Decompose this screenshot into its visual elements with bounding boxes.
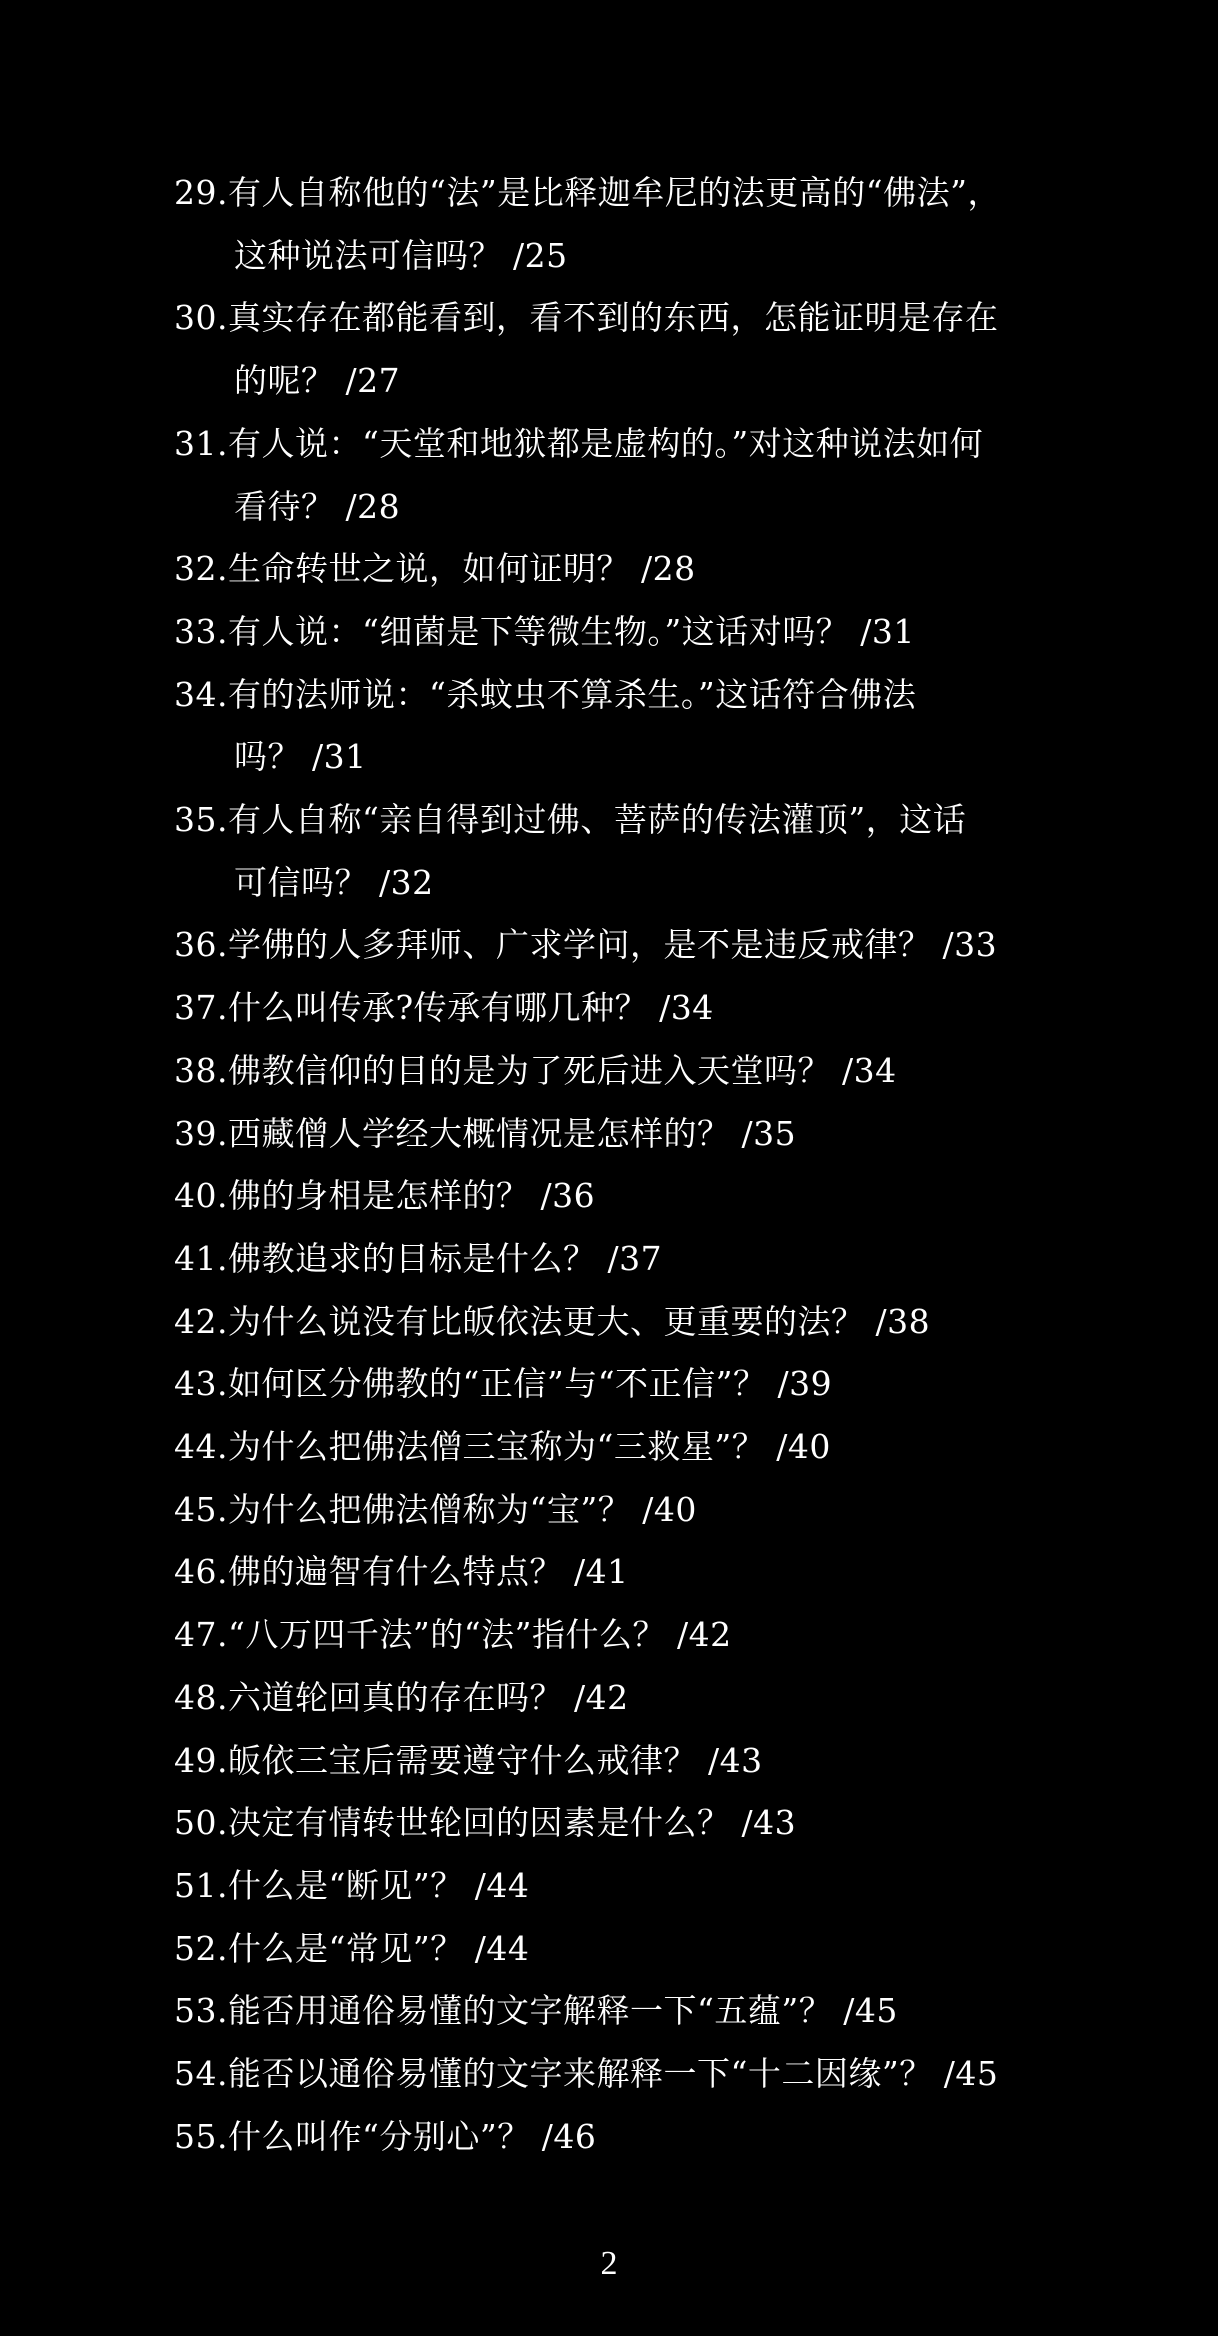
toc-entry: 49.皈依三宝后需要遵守什么戒律？ /43 [174,1730,1214,1793]
toc-entry-number: 43. [174,1353,228,1416]
toc-entry-number: 49. [174,1730,228,1793]
toc-entry: 46.佛的遍智有什么特点？ /41 [174,1541,1214,1604]
toc-entry-title: 能否以通俗易懂的文字来解释一下“十二因缘”？ /45 [228,2054,998,2093]
toc-entry-title: “八万四千法”的“法”指什么？ /42 [228,1615,732,1654]
toc-entry: 34.有的法师说：“杀蚊虫不算杀生。”这话符合佛法吗？ /31 [174,664,1214,789]
toc-entry: 54.能否以通俗易懂的文字来解释一下“十二因缘”？ /45 [174,2043,1214,2106]
toc-entry-number: 33. [174,601,228,664]
toc-entry-number: 37. [174,977,228,1040]
toc-entry-number: 41. [174,1228,228,1291]
toc-entry-title: 学佛的人多拜师、广求学问，是不是违反戒律？ /33 [228,925,997,964]
toc-entry: 29.有人自称他的“法”是比释迦牟尼的法更高的“佛法”，这种说法可信吗？ /25 [174,162,1214,287]
toc-entry-number: 47. [174,1604,228,1667]
toc-entry-title: 能否用通俗易懂的文字解释一下“五蕴”？ /45 [228,1991,898,2030]
toc-entry: 37.什么叫传承?传承有哪几种？ /34 [174,977,1214,1040]
toc-entry: 45.为什么把佛法僧称为“宝”？ /40 [174,1479,1214,1542]
toc-entry-title: 有人自称他的“法”是比释迦牟尼的法更高的“佛法”， [228,173,1001,212]
toc-entry-number: 31. [174,413,228,476]
toc-entry-title: 佛教追求的目标是什么？ /37 [228,1239,662,1278]
toc-entry: 48.六道轮回真的存在吗？ /42 [174,1667,1214,1730]
toc-entry-number: 51. [174,1855,228,1918]
toc-entry: 55.什么叫作“分别心”？ /46 [174,2106,1214,2169]
toc-entry-title: 佛的身相是怎样的？ /36 [228,1176,595,1215]
toc-entry-number: 48. [174,1667,228,1730]
toc-entry-title-continuation: 看待？ /28 [174,476,1214,539]
toc-entry-title-continuation: 可信吗？ /32 [174,852,1214,915]
toc-entry-title: 有人说：“天堂和地狱都是虚构的。”对这种说法如何 [228,424,983,463]
page-number: 2 [0,2245,1218,2283]
toc-entry: 43.如何区分佛教的“正信”与“不正信”？ /39 [174,1353,1214,1416]
toc-entry-number: 44. [174,1416,228,1479]
toc-entry-number: 55. [174,2106,228,2169]
toc-entry-title: 为什么把佛法僧三宝称为“三救星”？ /40 [228,1427,831,1466]
toc-entry: 50.决定有情转世轮回的因素是什么？ /43 [174,1792,1214,1855]
toc-entry: 39.西藏僧人学经大概情况是怎样的？ /35 [174,1103,1214,1166]
toc-entry-number: 52. [174,1918,228,1981]
toc-entry-title: 皈依三宝后需要遵守什么戒律？ /43 [228,1741,763,1780]
toc-entry-number: 53. [174,1980,228,2043]
toc-entry-title: 真实存在都能看到，看不到的东西，怎能证明是存在 [228,298,999,337]
toc-entry-title: 什么叫作“分别心”？ /46 [228,2117,596,2156]
toc-entry-number: 35. [174,789,228,852]
toc-entry-number: 30. [174,287,228,350]
table-of-contents: 29.有人自称他的“法”是比释迦牟尼的法更高的“佛法”，这种说法可信吗？ /25… [174,162,1214,2169]
toc-entry-title: 为什么把佛法僧称为“宝”？ /40 [228,1490,697,1529]
toc-entry-number: 42. [174,1291,228,1354]
toc-entry-title: 佛的遍智有什么特点？ /41 [228,1552,629,1591]
toc-entry: 32.生命转世之说，如何证明？ /28 [174,538,1214,601]
toc-entry: 38.佛教信仰的目的是为了死后进入天堂吗？ /34 [174,1040,1214,1103]
toc-entry: 31.有人说：“天堂和地狱都是虚构的。”对这种说法如何看待？ /28 [174,413,1214,538]
toc-entry-title: 决定有情转世轮回的因素是什么？ /43 [228,1803,796,1842]
toc-entry-number: 36. [174,914,228,977]
toc-entry-number: 32. [174,538,228,601]
toc-entry-title: 生命转世之说，如何证明？ /28 [228,549,696,588]
toc-entry: 47.“八万四千法”的“法”指什么？ /42 [174,1604,1214,1667]
toc-entry-number: 34. [174,664,228,727]
toc-entry-number: 38. [174,1040,228,1103]
toc-entry: 42.为什么说没有比皈依法更大、更重要的法？ /38 [174,1291,1214,1354]
toc-entry: 41.佛教追求的目标是什么？ /37 [174,1228,1214,1291]
toc-entry-title: 什么是“常见”？ /44 [228,1929,529,1968]
toc-entry-number: 54. [174,2043,228,2106]
toc-entry-number: 50. [174,1792,228,1855]
toc-entry-number: 40. [174,1165,228,1228]
toc-entry: 30.真实存在都能看到，看不到的东西，怎能证明是存在的呢？ /27 [174,287,1214,412]
toc-entry: 40.佛的身相是怎样的？ /36 [174,1165,1214,1228]
toc-entry-title: 如何区分佛教的“正信”与“不正信”？ /39 [228,1364,832,1403]
toc-entry-title-continuation: 这种说法可信吗？ /25 [174,225,1214,288]
toc-entry-number: 39. [174,1103,228,1166]
toc-entry: 33.有人说：“细菌是下等微生物。”这话对吗？ /31 [174,601,1214,664]
toc-entry-title: 佛教信仰的目的是为了死后进入天堂吗？ /34 [228,1051,897,1090]
toc-entry-title: 有的法师说：“杀蚊虫不算杀生。”这话符合佛法 [228,675,916,714]
toc-entry-number: 45. [174,1479,228,1542]
toc-entry: 53.能否用通俗易懂的文字解释一下“五蕴”？ /45 [174,1980,1214,2043]
toc-entry-title: 有人说：“细菌是下等微生物。”这话对吗？ /31 [228,612,915,651]
toc-entry: 52.什么是“常见”？ /44 [174,1918,1214,1981]
toc-entry-title: 西藏僧人学经大概情况是怎样的？ /35 [228,1114,796,1153]
toc-entry: 51.什么是“断见”？ /44 [174,1855,1214,1918]
toc-entry-title: 为什么说没有比皈依法更大、更重要的法？ /38 [228,1302,930,1341]
toc-entry-title: 有人自称“亲自得到过佛、菩萨的传法灌顶”，这话 [228,800,966,839]
toc-entry: 36.学佛的人多拜师、广求学问，是不是违反戒律？ /33 [174,914,1214,977]
toc-entry-title: 六道轮回真的存在吗？ /42 [228,1678,629,1717]
toc-entry-number: 29. [174,162,228,225]
toc-entry-number: 46. [174,1541,228,1604]
toc-entry-title-continuation: 的呢？ /27 [174,350,1214,413]
toc-entry-title: 什么叫传承?传承有哪几种？ /34 [228,988,714,1027]
toc-entry: 35.有人自称“亲自得到过佛、菩萨的传法灌顶”，这话可信吗？ /32 [174,789,1214,914]
toc-entry: 44.为什么把佛法僧三宝称为“三救星”？ /40 [174,1416,1214,1479]
toc-entry-title: 什么是“断见”？ /44 [228,1866,529,1905]
toc-entry-title-continuation: 吗？ /31 [174,726,1214,789]
